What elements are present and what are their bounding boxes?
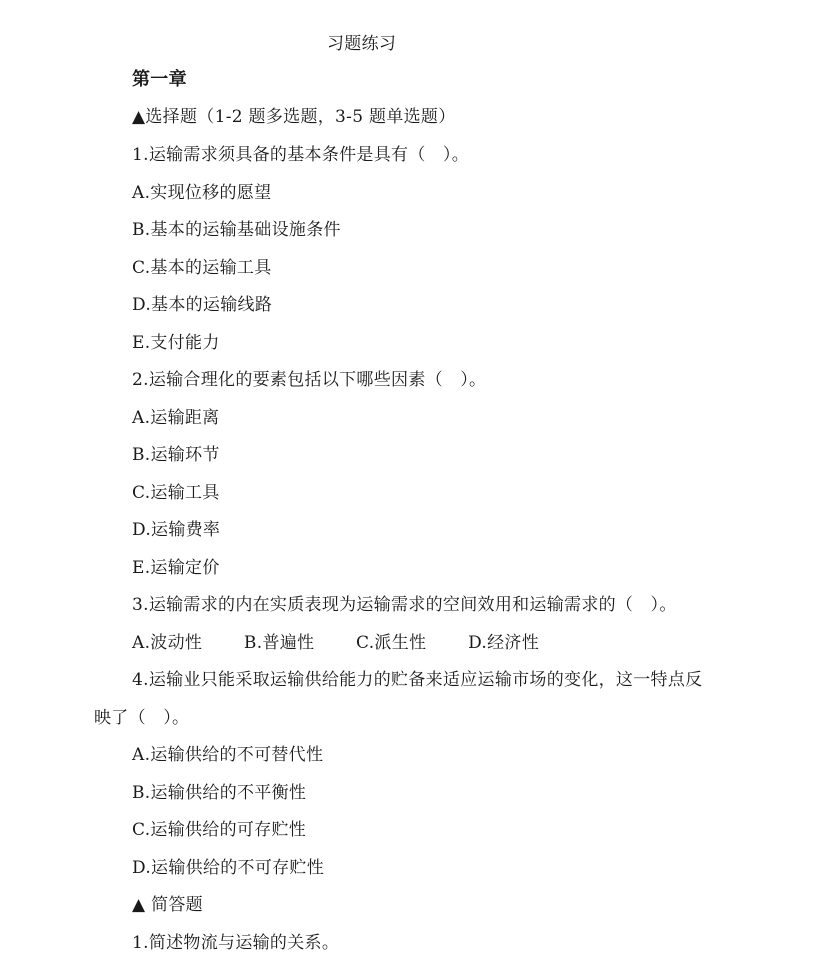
- question-1-option-e: E.支付能力: [132, 332, 220, 354]
- question-2-option-e: E.运输定价: [132, 557, 220, 579]
- question-3-option-b: B.普遍性: [244, 632, 314, 654]
- question-4-option-d: D.运输供给的不可存贮性: [132, 857, 324, 879]
- question-4-option-c: C.运输供给的可存贮性: [132, 819, 306, 841]
- question-3-option-c: C.派生性: [356, 632, 426, 654]
- document-title: 习题练习: [327, 33, 396, 55]
- question-4-stem-line1: 4.运输业只能采取运输供给能力的贮备来适应运输市场的变化，这一特点反: [132, 669, 702, 691]
- question-4-stem-line2: 映了（ ）。: [94, 707, 189, 729]
- question-1-option-b: B.基本的运输基础设施条件: [132, 219, 341, 241]
- question-3-options: A.波动性 B.普遍性 C.派生性 D.经济性: [132, 632, 539, 654]
- question-1-option-d: D.基本的运输线路: [132, 294, 272, 316]
- question-4-option-b: B.运输供给的不平衡性: [132, 782, 306, 804]
- question-2-option-b: B.运输环节: [132, 444, 220, 466]
- question-3-option-a: A.波动性: [132, 632, 202, 654]
- short-question-1: 1.简述物流与运输的关系。: [132, 932, 339, 954]
- section-heading-short-answer: ▲ 简答题: [132, 894, 203, 916]
- question-1-option-a: A.实现位移的愿望: [132, 182, 271, 204]
- question-3-stem: 3.运输需求的内在实质表现为运输需求的空间效用和运输需求的（ ）。: [132, 594, 677, 616]
- question-2-option-d: D.运输费率: [132, 519, 220, 541]
- question-3-option-d: D.经济性: [468, 632, 539, 654]
- question-4-option-a: A.运输供给的不可替代性: [132, 744, 323, 766]
- question-2-option-c: C.运输工具: [132, 482, 220, 504]
- chapter-heading: 第一章: [132, 69, 187, 91]
- section-heading-choice: ▲选择题（1-2 题多选题，3-5 题单选题）: [132, 106, 456, 128]
- question-2-option-a: A.运输距离: [132, 407, 219, 429]
- question-2-stem: 2.运输合理化的要素包括以下哪些因素（ ）。: [132, 369, 486, 391]
- question-1-stem: 1.运输需求须具备的基本条件是具有（ ）。: [132, 144, 469, 166]
- question-1-option-c: C.基本的运输工具: [132, 257, 272, 279]
